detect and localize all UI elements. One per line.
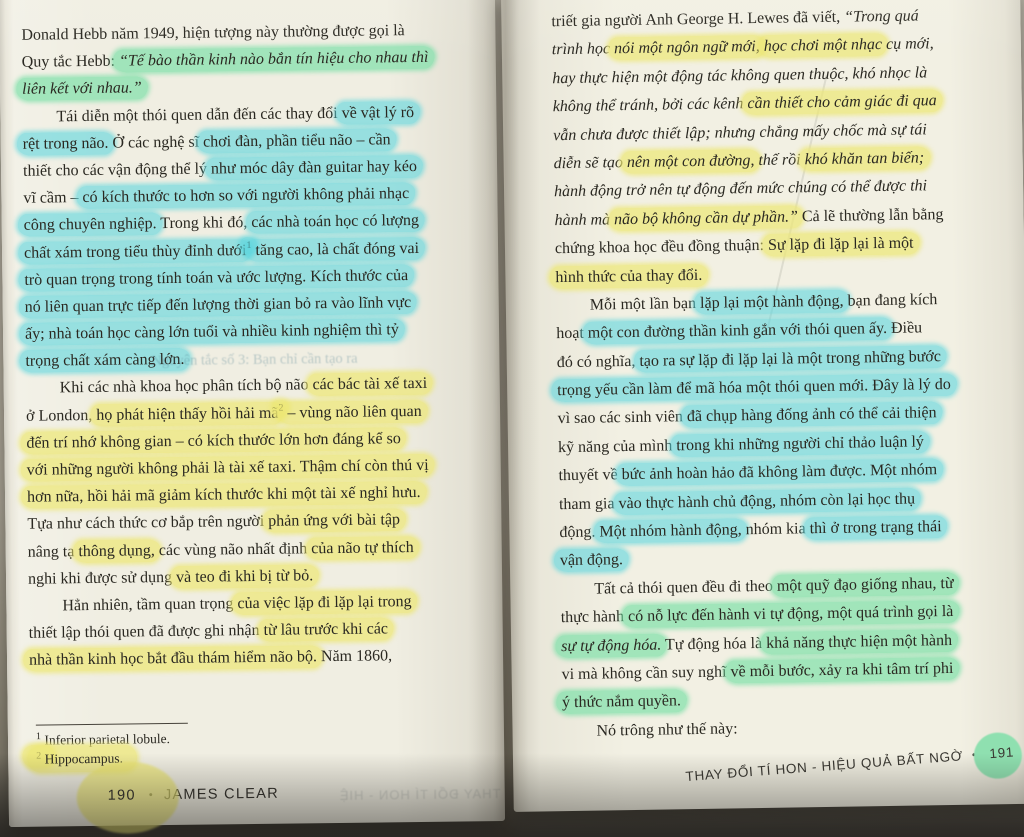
- text-segment: thực hành: [561, 608, 629, 626]
- text-segment: chứng khoa học đều đồng thuận:: [555, 237, 768, 257]
- highlighted-text: liên kết với nhau.”: [16, 77, 148, 102]
- text-segment: nâng tạ: [28, 543, 79, 561]
- highlighted-text: ấy; nhà toán học càng lớn tuổi và nhiều …: [19, 318, 405, 346]
- highlighted-text: khả năng thực hiện một hành: [760, 628, 958, 654]
- text-segment: không thể tránh, bởi các kênh: [553, 95, 748, 115]
- highlighted-text: lặp lại một hành động,: [694, 289, 850, 314]
- highlighted-text: các nhà toán học có lượng: [245, 209, 425, 234]
- highlighted-text: học chơi một nhạc: [758, 33, 889, 58]
- text-segment: vi mà không cần suy nghĩ: [562, 663, 731, 683]
- footnote-divider: [36, 723, 188, 726]
- highlighted-text: chơi đàn, phần tiểu não – cần: [197, 128, 397, 153]
- highlighted-text: cần thiết cho cảm giác đi qua: [741, 89, 943, 115]
- highlighted-text: có nỗ lực đến hành vi tự động, một quá t…: [622, 600, 960, 628]
- highlighted-text: Một nhóm hành động,: [593, 518, 748, 543]
- highlighted-text: – vùng não liên quan: [277, 399, 427, 424]
- text-segment: Trong khi đó,: [156, 214, 251, 232]
- text-segment: vĩ cầm –: [23, 189, 82, 207]
- highlighted-text: trong khi những người chỉ thảo luận lý: [670, 430, 930, 457]
- highlighted-text: não bộ không cần dự phần.”: [608, 205, 804, 231]
- text-segment: Tựa như cách thức cơ bắp trên người: [27, 513, 268, 533]
- highlighted-text: ý thức nắm quyền.: [556, 690, 687, 715]
- text-line: Nó trông như thế này:: [562, 716, 1020, 752]
- text-segment: Hẳn nhiên, tầm quan trọng: [62, 595, 237, 614]
- highlighted-text: về mỗi bước, xảy ra khi tâm trí phi: [724, 657, 959, 684]
- text-segment: Donald Hebb năm 1949, hiện tượng này thư…: [21, 22, 405, 44]
- chapter-title: THAY ĐỔI TÍ HON - HIỆU QUẢ BẤT NGỜ: [685, 748, 964, 784]
- highlighted-text: hình thức của thay đổi.: [549, 263, 708, 288]
- highlighted-text: tạo ra sự lặp đi lặp lại là một trong nh…: [633, 345, 947, 373]
- book-photo: Donald Hebb năm 1949, hiện tượng này thư…: [0, 0, 1024, 837]
- highlighted-text: vận động.: [554, 548, 629, 572]
- highlighted-text: nói một ngôn ngữ mới,: [608, 35, 766, 60]
- highlighted-text: “Tế bào thần kinh nào bắn tín hiệu cho n…: [113, 46, 435, 73]
- highlighted-text: công chuyên nghiệp.: [18, 212, 163, 237]
- page-number-right: 191: [985, 744, 1019, 761]
- highlighted-text: như móc dây đàn guitar hay kéo: [205, 155, 423, 181]
- highlighted-text: của não tự thích: [305, 536, 420, 560]
- text-segment: Điều: [887, 320, 922, 338]
- highlighted-text: có kích thước to hơn so với người không …: [76, 182, 415, 209]
- highlighted-text: hơn nữa, hồi hải mã giảm kích thước khi …: [21, 481, 427, 509]
- text-segment: Mỗi một lần bạn: [590, 295, 700, 314]
- left-page-footer: 190 • JAMES CLEAR: [105, 786, 279, 804]
- text-segment: bạn đang kích: [843, 291, 937, 309]
- text-segment: tham gia: [559, 495, 619, 513]
- text-segment: Năm 1860,: [317, 648, 392, 666]
- text-segment: Quy tắc Hebb:: [22, 53, 120, 71]
- highlighted-text: từ lâu trước khi các: [257, 617, 394, 642]
- right-page-footer: THAY ĐỔI TÍ HON - HIỆU QUẢ BẤT NGỜ • 191: [685, 744, 1019, 784]
- text-segment: nhóm kia: [741, 520, 809, 538]
- show-through-text: Nguyên tắc số 3: Bạn chỉ cần tạo ra: [151, 351, 357, 371]
- text-segment: Ở các nghệ sĩ: [108, 133, 203, 151]
- show-through-footer: THAY ĐỔI TÍ HON - HIỆ: [339, 786, 501, 803]
- text-segment: hành mà: [554, 211, 614, 229]
- text-segment: Khi các nhà khoa học phân tích bộ não: [60, 377, 313, 397]
- highlighted-text: rệt trong não.: [17, 131, 115, 155]
- text-segment: kỹ năng của mình: [558, 437, 676, 456]
- text-segment: các vùng não nhất định: [155, 540, 312, 559]
- left-page-text: Donald Hebb năm 1949, hiện tượng này thư…: [21, 21, 497, 679]
- highlighted-text: sự tự động hóa.: [555, 633, 667, 658]
- right-page: triết gia người Anh George H. Lewes đã v…: [501, 0, 1024, 812]
- text-segment: đó có nghĩa,: [557, 353, 640, 371]
- highlighted-text: Sự lặp đi lặp lại là một: [762, 232, 920, 257]
- highlighted-text: với những người không phải là tài xế tax…: [21, 454, 435, 482]
- highlighted-text: trò quan trọng trong tính toán và ước lư…: [18, 264, 414, 292]
- text-segment: thế rồi: [754, 151, 804, 169]
- text-segment: “Trong quá: [844, 7, 919, 25]
- text-segment: thiết cho các vận động thể lý: [23, 160, 211, 179]
- text-segment: thiết lập thói quen đã được ghi nhận: [29, 622, 264, 642]
- text-line: nhà thần kinh học bắt đầu thám hiểm não …: [29, 646, 497, 679]
- text-segment: triết gia người Anh George H. Lewes đã v…: [551, 9, 844, 31]
- highlighted-text: tăng cao, là chất đóng vai: [245, 236, 425, 261]
- text-segment: diễn sẽ tạo: [554, 154, 628, 172]
- highlighted-text: vào thực hành chủ động, nhóm còn lại học…: [612, 487, 921, 515]
- highlighted-text: thì ở trong trạng thái: [803, 515, 947, 540]
- text-segment: Tự động hóa là: [661, 635, 766, 654]
- highlighted-text: chất xám trong tiểu thùy đỉnh dưới: [18, 238, 253, 264]
- highlighted-text: nên một con đường,: [621, 149, 761, 174]
- text-segment: nghi khi được sử dụng: [28, 569, 176, 588]
- highlighted-text: bức ảnh hoàn hảo đã không làm được. Một …: [615, 458, 943, 486]
- highlighted-text: thông dụng,: [72, 539, 161, 563]
- text-segment: Tất cả thói quen đều đi theo: [594, 578, 777, 598]
- right-page-text: triết gia người Anh George H. Lewes đã v…: [551, 6, 1021, 751]
- text-segment: cụ mới,: [882, 36, 934, 54]
- highlighted-text: trọng yếu cần làm để mã hóa một thói que…: [551, 373, 957, 402]
- highlighted-text: và teo đi khi bị từ bỏ.: [170, 564, 319, 589]
- text-segment: thuyết về: [558, 466, 621, 484]
- text-segment: Cả lẽ thường lẫn bằng: [798, 206, 944, 225]
- highlighted-text: các bác tài xế taxi: [306, 372, 433, 397]
- text-segment: vì sao các sinh viên: [558, 409, 688, 428]
- highlighted-text: nhà thần kinh học bắt đầu thám hiểm não …: [23, 645, 323, 672]
- text-segment: ở London,: [26, 407, 96, 425]
- text-segment: Nó trông như thế này:: [596, 720, 737, 739]
- highlighted-text: phản ứng với bài tập: [262, 509, 406, 534]
- highlighted-text: họ phát hiện thấy hồi hải mã: [90, 401, 284, 426]
- highlighted-text: của việc lặp đi lặp lại trong: [231, 590, 417, 615]
- text-segment: Tái diễn một thói quen dẫn đến các thay …: [56, 104, 341, 124]
- highlighted-text: một quỹ đạo giống nhau, từ: [771, 572, 960, 598]
- text-segment: trình học: [552, 41, 614, 59]
- highlighted-text: đã chụp hàng đống ảnh có thể cải thiện: [681, 402, 943, 429]
- author-name: JAMES CLEAR: [164, 786, 279, 803]
- page-number-left: 190: [105, 787, 139, 803]
- left-page: Donald Hebb năm 1949, hiện tượng này thư…: [0, 0, 505, 827]
- highlighted-text: một con đường thần kinh gắn với thói que…: [582, 317, 894, 345]
- highlighted-text: về vật lý rõ: [335, 100, 420, 124]
- highlighted-text: nó liên quan trực tiếp đến lượng thời gi…: [19, 291, 418, 319]
- highlighted-text: đến trí nhớ không gian – có kích thước l…: [20, 427, 407, 455]
- highlighted-text: khó khăn tan biến;: [798, 146, 930, 171]
